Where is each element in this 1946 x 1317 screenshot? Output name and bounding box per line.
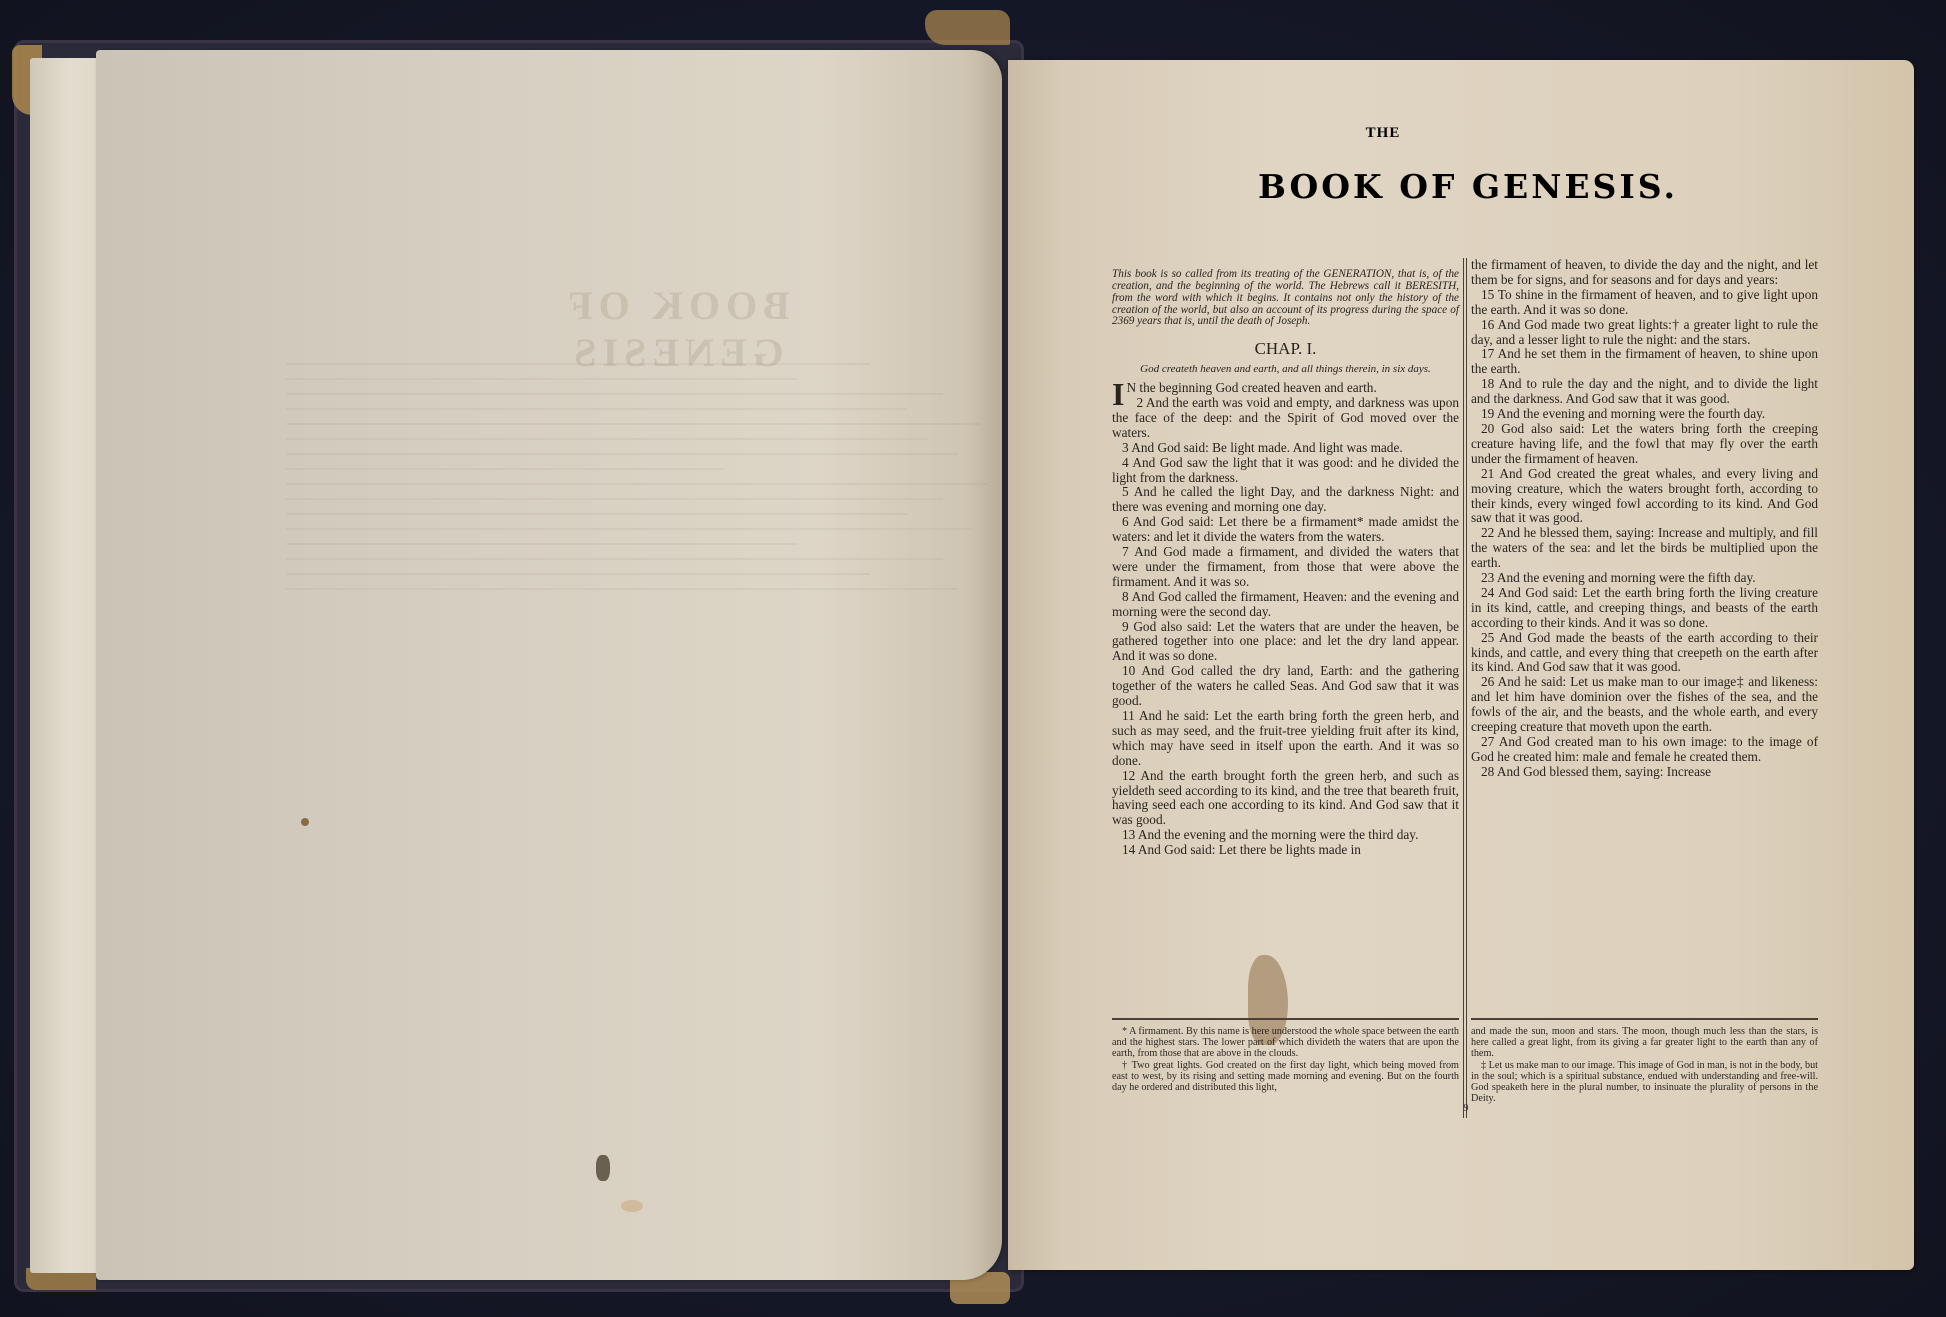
verse: 20 God also said: Let the waters bring f… (1471, 422, 1818, 467)
foxing-spot (301, 818, 309, 826)
verse: 18 And to rule the day and the night, an… (1471, 377, 1818, 407)
verse: 10 And God called the dry land, Earth: a… (1112, 664, 1459, 709)
page-number: 9 (1112, 1103, 1820, 1114)
foxing-spot (621, 1200, 643, 1212)
verse: 6 And God said: Let there be a firmament… (1112, 515, 1459, 545)
footnotes-right: and made the sun, moon and stars. The mo… (1471, 1026, 1818, 1104)
left-page: BOOK OF GENESIS (96, 50, 1002, 1280)
footnote: * A firmament. By this name is here unde… (1112, 1026, 1459, 1060)
verse: 22 And he blessed them, saying: Increase… (1471, 526, 1818, 571)
dropcap: I (1112, 381, 1124, 407)
intro-paragraph: This book is so called from its treating… (1112, 269, 1459, 328)
verse: the firmament of heaven, to divide the d… (1471, 258, 1818, 288)
verse: 4 And God saw the light that it was good… (1112, 456, 1459, 486)
cover-wear-top-middle (925, 10, 1010, 45)
verse: 13 And the evening and the morning were … (1112, 828, 1459, 843)
text-columns: This book is so called from its treating… (1112, 258, 1820, 1038)
verse: 12 And the earth brought forth the green… (1112, 769, 1459, 829)
verse: 7 And God made a firmament, and divided … (1112, 545, 1459, 590)
column-divider (1463, 258, 1467, 1118)
chapter-heading: CHAP. I. (1112, 342, 1459, 357)
verse: 3 And God said: Be light made. And light… (1112, 441, 1459, 456)
verse: 25 And God made the beasts of the earth … (1471, 631, 1818, 676)
verse: 17 And he set them in the firmament of h… (1471, 347, 1818, 377)
book-title: BOOK OF GENESIS. (1088, 167, 1848, 206)
footnote: ‡ Let us make man to our image. This ima… (1471, 1060, 1818, 1105)
verse: 8 And God called the firmament, Heaven: … (1112, 590, 1459, 620)
verse: 5 And he called the light Day, and the d… (1112, 485, 1459, 515)
verse: 26 And he said: Let us make man to our i… (1471, 675, 1818, 735)
footnote-rule-left (1112, 1018, 1459, 1020)
verse: 11 And he said: Let the earth bring fort… (1112, 709, 1459, 769)
footnote: and made the sun, moon and stars. The mo… (1471, 1026, 1818, 1060)
footnote-rule-right (1471, 1018, 1818, 1020)
verse: 23 And the evening and morning were the … (1471, 571, 1818, 586)
verse-1: IN the beginning God created heaven and … (1112, 381, 1459, 396)
verse: 14 And God said: Let there be lights mad… (1112, 843, 1459, 858)
verse: 16 And God made two great lights:† a gre… (1471, 318, 1818, 348)
foxing-spot (596, 1155, 610, 1181)
bleed-through-lines (286, 350, 1016, 603)
left-column: This book is so called from its treating… (1112, 258, 1459, 858)
verse: 15 To shine in the firmament of heaven, … (1471, 288, 1818, 318)
chapter-summary: God createth heaven and earth, and all t… (1112, 363, 1459, 375)
the-label: THE (1338, 125, 1428, 142)
verse: 2 And the earth was void and empty, and … (1112, 396, 1459, 441)
right-column: the firmament of heaven, to divide the d… (1471, 258, 1818, 780)
verse: 9 God also said: Let the waters that are… (1112, 620, 1459, 665)
footnote: † Two great lights. God created on the f… (1112, 1060, 1459, 1094)
verse: 19 And the evening and morning were the … (1471, 407, 1818, 422)
verse: 28 And God blessed them, saying: Increas… (1471, 765, 1818, 780)
verse: 21 And God created the great whales, and… (1471, 467, 1818, 527)
verse: 24 And God said: Let the earth bring for… (1471, 586, 1818, 631)
footnotes-left: * A firmament. By this name is here unde… (1112, 1026, 1459, 1093)
verse: 27 And God created man to his own image:… (1471, 735, 1818, 765)
